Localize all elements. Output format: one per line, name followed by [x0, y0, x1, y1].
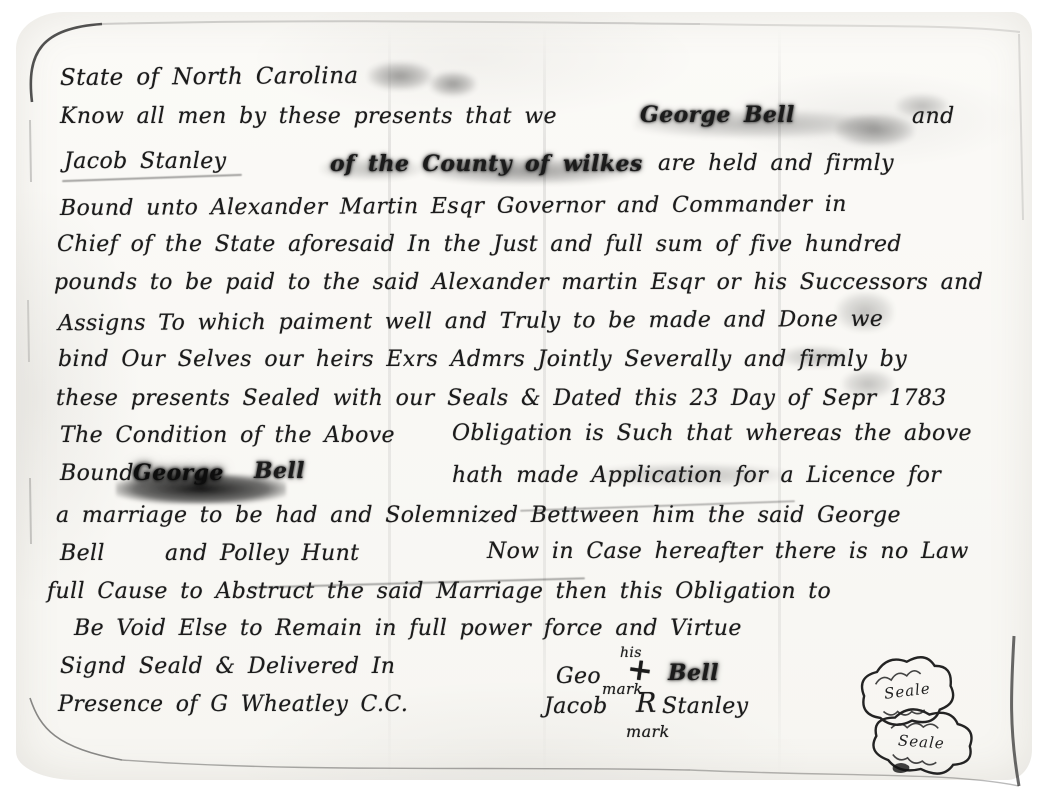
signature-jacob-mark-label: mark [626, 722, 670, 741]
state-title-line: State of North Carolina [60, 63, 359, 91]
governor-name-line: Bound unto Alexander Martin Esqr Governo… [60, 192, 847, 221]
text-line-11-bell: Bell [254, 458, 305, 484]
signature-jacob-mark: R [636, 688, 657, 719]
penal-sum-line: pounds to be paid to the said Alexander … [54, 270, 983, 295]
date-line: these presents Sealed with our Seals & D… [56, 386, 947, 411]
text-line-11: Bound [60, 461, 134, 486]
scanned-document: State of North Carolina Know all men by … [0, 0, 1050, 808]
text-line-7: Assigns To which paiment well and Truly … [58, 307, 883, 336]
text-line-2: Know all men by these presents that we [60, 104, 557, 129]
text-line-13-bell: Bell [60, 541, 105, 566]
text-line-5: Chief of the State aforesaid In the Just… [57, 232, 902, 257]
principal-name-george-bell: George Bell [640, 102, 795, 128]
text-line-14: full Cause to Abstruct the said Marriage… [47, 579, 831, 604]
witness-line-1: Signd Seald & Delivered In [60, 654, 395, 679]
county-name: of the County of wilkes [330, 151, 643, 177]
text-line-2-and: and [912, 104, 955, 129]
bride-name-polley-hunt: and Polley Hunt [165, 541, 359, 566]
text-line-3: are held and firmly [658, 151, 894, 176]
witness-line-2: Presence of G Wheatley C.C. [58, 692, 408, 717]
text-line-15: Be Void Else to Remain in full power for… [74, 616, 742, 641]
surety-name-jacob-stanley: Jacob Stanley [64, 149, 226, 174]
condition-line: The Condition of the Above [60, 423, 395, 448]
struck-name-george: George [133, 460, 224, 486]
condition-line-cont: Obligation is Such that whereas the abov… [452, 421, 972, 446]
text-line-8: bind Our Selves our heirs Exrs Admrs Joi… [58, 347, 907, 372]
text-line-13: Now in Case hereafter there is no Law [487, 539, 969, 564]
signature-jacob-given: Jacob [544, 694, 608, 719]
seal-2-text: Seale [897, 731, 945, 752]
signature-geo-surname: Bell [668, 660, 719, 686]
signature-jacob-surname: Stanley [662, 694, 748, 719]
signature-geo-given: Geo [556, 664, 601, 689]
application-line: hath made Application for a Licence for [452, 463, 941, 488]
marriage-line: a marriage to be had and Solemnized Bett… [56, 503, 901, 528]
